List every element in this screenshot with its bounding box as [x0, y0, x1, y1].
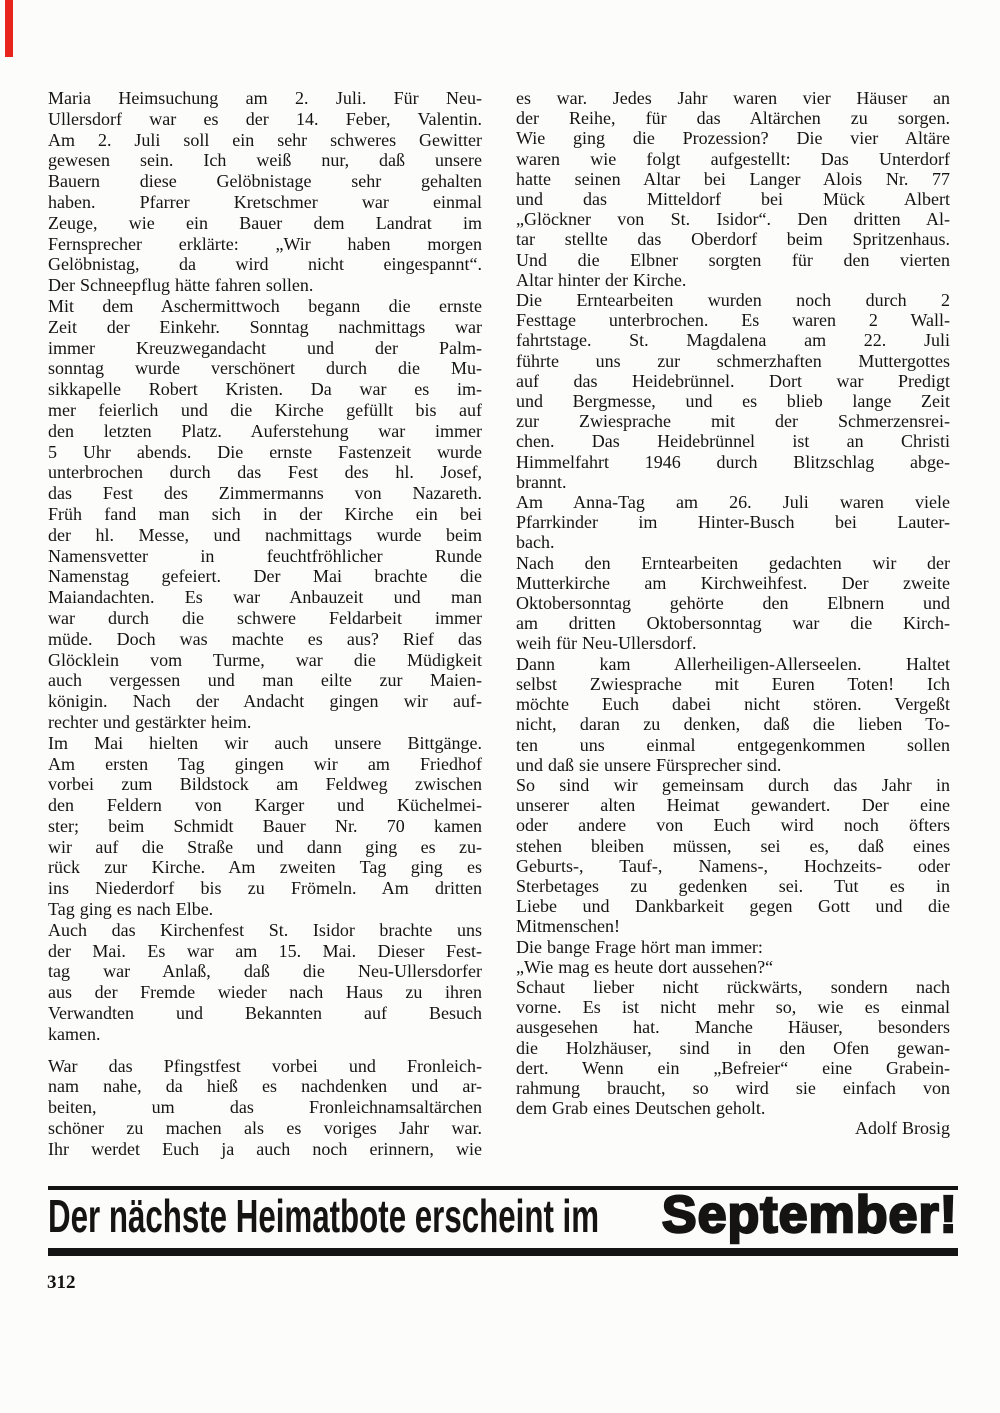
text-line: wir auf die Straße und dann ging es zu-: [48, 837, 482, 858]
paragraph: War das Pfingstfest vorbei und Fronleich…: [48, 1056, 482, 1160]
text-line: weih für Neu-Ullersdorf.: [516, 633, 950, 653]
text-line: War das Pfingstfest vorbei und Fronleich…: [48, 1056, 482, 1077]
text-line: mer feierlich und die Kirche gefüllt bis…: [48, 400, 482, 421]
text-line: den Feldern von Karger und Küchelmei-: [48, 795, 482, 816]
text-line: Im Mai hielten wir auch unsere Bittgänge…: [48, 733, 482, 754]
text-line: Ullersdorf war es der 14. Feber, Valenti…: [48, 109, 482, 130]
text-line: Schaut lieber nicht rückwärts, sondern n…: [516, 977, 950, 997]
paragraph: Schaut lieber nicht rückwärts, sondern n…: [516, 977, 950, 1118]
text-line: vorbei zum Bildstock am Feldweg zwischen: [48, 774, 482, 795]
text-line: auch vergessen und man eilte zur Maien-: [48, 670, 482, 691]
text-line: dert. Wenn ein „Befreier“ eine Grabein-: [516, 1058, 950, 1078]
banner-month-text: September!: [662, 1185, 958, 1245]
paragraph: So sind wir gemeinsam durch das Jahr inu…: [516, 775, 950, 937]
text-line: Maiandachten. Es war Anbauzeit und man: [48, 587, 482, 608]
text-line: brannt.: [516, 472, 950, 492]
text-line: dem Grab eines Deutschen geholt.: [516, 1098, 950, 1118]
paragraph: Maria Heimsuchung am 2. Juli. Für Neu-Ul…: [48, 88, 482, 296]
text-line: waren wie folgt aufgestellt: Das Unterdo…: [516, 149, 950, 169]
text-line: Ihr werdet Euch ja auch noch erinnern, w…: [48, 1139, 482, 1160]
text-line: Liebe und Dankbarkeit gegen Gott und die: [516, 896, 950, 916]
text-line: Mit dem Aschermittwoch begann die ernste: [48, 296, 482, 317]
text-line: Verwandten und Bekannten auf Besuch: [48, 1003, 482, 1024]
scanned-page: Maria Heimsuchung am 2. Juli. Für Neu-Ul…: [0, 0, 1000, 1413]
paragraph: Im Mai hielten wir auch unsere Bittgänge…: [48, 733, 482, 920]
text-line: gewesen sein. Ich weiß nur, daß unsere: [48, 150, 482, 171]
text-line: fahrtstage. St. Magdalena am 22. Juli: [516, 330, 950, 350]
text-line: unterbrochen durch das Fest des hl. Jose…: [48, 462, 482, 483]
text-line: beiten, um das Fronleichnamsaltärchen: [48, 1097, 482, 1118]
text-line: Auch das Kirchenfest St. Isidor brachte …: [48, 920, 482, 941]
text-line: schöner zu machen als es voriges Jahr wa…: [48, 1118, 482, 1139]
text-line: und Bergmesse, und es blieb lange Zeit: [516, 391, 950, 411]
text-line: Am 2. Juli soll ein sehr schweres Gewitt…: [48, 130, 482, 151]
text-line: So sind wir gemeinsam durch das Jahr in: [516, 775, 950, 795]
text-line: der Mai. Es war am 15. Mai. Dieser Fest-: [48, 941, 482, 962]
text-line: chen. Das Heidebrünnel ist an Christi: [516, 431, 950, 451]
red-registration-mark: [5, 0, 13, 57]
text-line: rechter und gestärkter heim.: [48, 712, 482, 733]
text-line: Pfarrkinder im Hinter-Busch bei Lauter-: [516, 512, 950, 532]
text-line: rück zur Kirche. Am zweiten Tag ging es: [48, 857, 482, 878]
text-line: Mutterkirche am Kirchweihfest. Der zweit…: [516, 573, 950, 593]
text-line: nam nahe, da hieß es nachdenken und ar-: [48, 1076, 482, 1097]
text-line: ten uns einmal entgegenkommen sollen: [516, 735, 950, 755]
text-line: sonntag wurde verschönert durch die Mu-: [48, 358, 482, 379]
text-line: Dann kam Allerheiligen-Allerseelen. Halt…: [516, 654, 950, 674]
text-line: Der Schneepflug hätte fahren sollen.: [48, 275, 482, 296]
text-line: Nach den Erntearbeiten gedachten wir der: [516, 553, 950, 573]
text-line: das Fest des Zimmermanns von Nazareth.: [48, 483, 482, 504]
text-line: kamen.: [48, 1024, 482, 1045]
text-line: Die Erntearbeiten wurden noch durch 2: [516, 290, 950, 310]
text-line: vorne. Es ist nicht mehr so, wie es einm…: [516, 997, 950, 1017]
paragraph: Am Anna-Tag am 26. Juli waren vielePfarr…: [516, 492, 950, 553]
paragraph: es war. Jedes Jahr waren vier Häuser and…: [516, 88, 950, 290]
text-line: Bauern diese Gelöbnistage sehr gehalten: [48, 171, 482, 192]
page-number: 312: [47, 1272, 76, 1294]
text-line: Geburts-, Tauf-, Namens-, Hochzeits- ode…: [516, 856, 950, 876]
text-line: Namensvetter in feuchtfröhlicher Runde: [48, 546, 482, 567]
text-line: Himmelfahrt 1946 durch Blitzschlag abge-: [516, 452, 950, 472]
text-line: Und die Elbner sorgten für den vierten: [516, 250, 950, 270]
text-line: 5 Uhr abends. Die ernste Fastenzeit wurd…: [48, 442, 482, 463]
text-line: führte uns zur schmerzhaften Muttergotte…: [516, 351, 950, 371]
text-line: müde. Doch was machte es aus? Rief das: [48, 629, 482, 650]
text-line: tag war Anlaß, daß die Neu-Ullersdorfer: [48, 961, 482, 982]
text-line: und daß sie unsere Fürsprecher sind.: [516, 755, 950, 775]
banner-body: Der nächste Heimatbote erscheint im Sept…: [48, 1190, 958, 1248]
paragraph: Auch das Kirchenfest St. Isidor brachte …: [48, 920, 482, 1045]
text-line: der hl. Messe, und nachmittags wurde bei…: [48, 525, 482, 546]
next-issue-banner: Der nächste Heimatbote erscheint im Sept…: [48, 1186, 958, 1256]
text-line: Mitmenschen!: [516, 916, 950, 936]
text-line: war durch die schwere Feldarbeit immer: [48, 608, 482, 629]
text-line: Glöcklein vom Turme, war die Müdigkeit: [48, 650, 482, 671]
text-line: Oktobersonntag gehörte den Elbnern und: [516, 593, 950, 613]
text-line: Früh fand man sich in der Kirche ein bei: [48, 504, 482, 525]
text-line: hatte seinen Altar bei Langer Alois Nr. …: [516, 169, 950, 189]
text-line: Tag ging es nach Elbe.: [48, 899, 482, 920]
text-line: Am Anna-Tag am 26. Juli waren viele: [516, 492, 950, 512]
text-line: möchte Euch dabei nicht stören. Vergeßt: [516, 694, 950, 714]
text-line: Maria Heimsuchung am 2. Juli. Für Neu-: [48, 88, 482, 109]
text-line: Gelöbnistag, da wird nicht eingespannt“.: [48, 254, 482, 275]
text-line: ausgesehen hat. Manche Häuser, besonders: [516, 1017, 950, 1037]
text-line: rahmung braucht, so wird sie einfach von: [516, 1078, 950, 1098]
text-line: Fernsprecher erklärte: „Wir haben morgen: [48, 234, 482, 255]
text-line: stehen bleiben müssen, sei es, daß eines: [516, 836, 950, 856]
text-line: immer Kreuzwegandacht und der Palm-: [48, 338, 482, 359]
text-line: es war. Jedes Jahr waren vier Häuser an: [516, 88, 950, 108]
text-line: nicht, daran zu denken, daß die lieben T…: [516, 714, 950, 734]
text-line: haben. Pfarrer Kretschmer war einmal: [48, 192, 482, 213]
text-line: Wie ging die Prozession? Die vier Altäre: [516, 128, 950, 148]
text-line: „Glöckner von St. Isidor“. Den dritten A…: [516, 209, 950, 229]
text-line: Adolf Brosig: [516, 1118, 950, 1138]
text-column-left: Maria Heimsuchung am 2. Juli. Für Neu-Ul…: [48, 88, 482, 1160]
paragraph: Mit dem Aschermittwoch begann die ernste…: [48, 296, 482, 733]
text-line: der Reihe, für das Altärchen zu sorgen.: [516, 108, 950, 128]
text-line: ster; beim Schmidt Bauer Nr. 70 kamen: [48, 816, 482, 837]
text-line: zur Zwiesprache mit der Schmerzensrei-: [516, 411, 950, 431]
text-column-right: es war. Jedes Jahr waren vier Häuser and…: [516, 88, 950, 1139]
paragraph: Adolf Brosig: [516, 1118, 950, 1138]
text-line: Am ersten Tag gingen wir am Friedhof: [48, 754, 482, 775]
text-line: sikkapelle Robert Kristen. Da war es im-: [48, 379, 482, 400]
text-line: aus der Fremde wieder nach Haus zu ihren: [48, 982, 482, 1003]
text-line: unserer alten Heimat gewandert. Der eine: [516, 795, 950, 815]
text-line: selbst Zwiesprache mit Euren Toten! Ich: [516, 674, 950, 694]
paragraph: Die bange Frage hört man immer:: [516, 937, 950, 957]
text-line: die Holzhäuser, sind in den Ofen gewan-: [516, 1038, 950, 1058]
text-line: Zeuge, wie ein Bauer dem Landrat im: [48, 213, 482, 234]
text-line: Die bange Frage hört man immer:: [516, 937, 950, 957]
text-line: am dritten Oktobersonntag war die Kirch-: [516, 613, 950, 633]
text-line: ins Niederdorf bis zu Frömeln. Am dritte…: [48, 878, 482, 899]
text-line: Sterbetages zu gedenken sei. Tut es in: [516, 876, 950, 896]
paragraph: „Wie mag es heute dort aussehen?“: [516, 957, 950, 977]
banner-lead-text: Der nächste Heimatbote erscheint im: [48, 1189, 599, 1243]
text-line: bach.: [516, 532, 950, 552]
text-line: königin. Nach der Andacht gingen wir auf…: [48, 691, 482, 712]
text-line: tar stellte das Oberdorf beim Spritzenha…: [516, 229, 950, 249]
text-line: Altar hinter der Kirche.: [516, 270, 950, 290]
text-line: oder andere von Euch wird noch öfters: [516, 815, 950, 835]
text-line: den letzten Platz. Auferstehung war imme…: [48, 421, 482, 442]
text-line: und das Mitteldorf bei Mück Albert: [516, 189, 950, 209]
paragraph: Nach den Erntearbeiten gedachten wir der…: [516, 553, 950, 654]
paragraph: Die Erntearbeiten wurden noch durch 2Fes…: [516, 290, 950, 492]
banner-bottom-rule: [48, 1248, 958, 1256]
text-line: auf das Heidebrünnel. Dort war Predigt: [516, 371, 950, 391]
text-line: „Wie mag es heute dort aussehen?“: [516, 957, 950, 977]
text-line: Zeit der Einkehr. Sonntag nachmittags wa…: [48, 317, 482, 338]
text-line: Festtage unterbrochen. Es waren 2 Wall-: [516, 310, 950, 330]
paragraph: Dann kam Allerheiligen-Allerseelen. Halt…: [516, 654, 950, 775]
text-line: Namenstag gefeiert. Der Mai brachte die: [48, 566, 482, 587]
